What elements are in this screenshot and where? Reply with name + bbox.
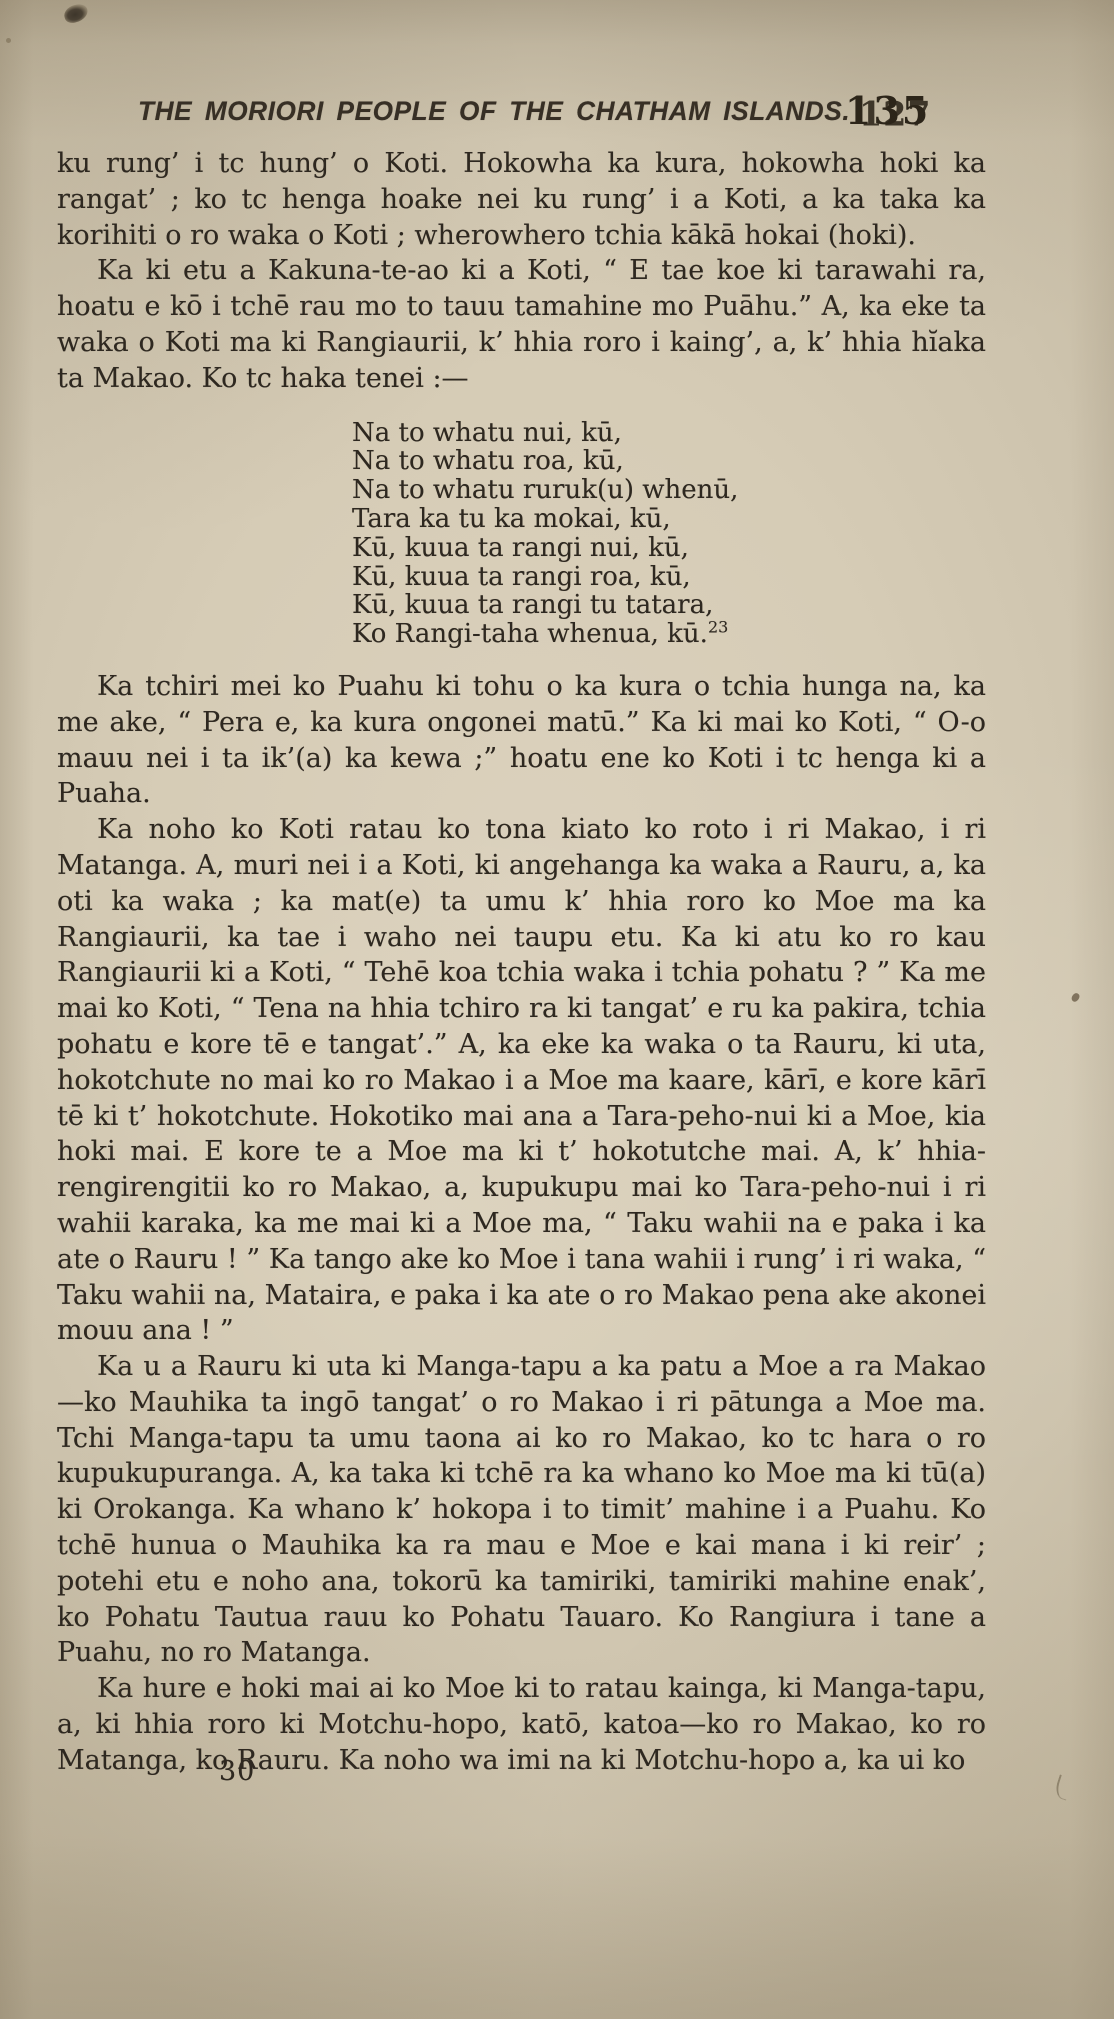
chant-line: Ko Rangi-taha whenua, kū.23	[352, 620, 986, 649]
paragraph-group-top: ku rung’ i tc hung’ o Koti. Hokowha ka k…	[57, 146, 986, 397]
paper-speck	[6, 38, 11, 43]
ink-blot-mark	[62, 2, 90, 25]
footnote-marker: 23	[708, 618, 728, 637]
paragraph: Ka tchiri mei ko Puahu ki tohu o ka kura…	[57, 669, 986, 812]
chant-line: Na to whatu nui, kū,	[352, 419, 986, 448]
paragraph: Ka noho ko Koti ratau ko tona kiato ko r…	[57, 812, 986, 1349]
chant-line: Na to whatu roa, kū,	[352, 447, 986, 476]
scanned-book-page: THE MORIORI PEOPLE OF THE CHATHAM ISLAND…	[0, 0, 1114, 2019]
paper-speck	[1070, 992, 1080, 1003]
pencil-mark	[1053, 1774, 1073, 1800]
chant-line: Kū, kuua ta rangi tu tatara,	[352, 591, 986, 620]
page-number: 135 127	[845, 88, 965, 140]
chant-line: Na to whatu ruruk(u) whenū,	[352, 476, 986, 505]
chant-line: Kū, kuua ta rangi roa, kū,	[352, 563, 986, 592]
paragraph-group-bottom: Ka tchiri mei ko Puahu ki tohu o ka kura…	[57, 669, 986, 1779]
chant-line: Kū, kuua ta rangi nui, kū,	[352, 534, 986, 563]
folio-number: 30	[219, 1756, 255, 1787]
paragraph: Ka u a Rauru ki uta ki Manga-tapu a ka p…	[57, 1349, 986, 1671]
page-number-overprint: 127	[859, 97, 931, 130]
paragraph: Ka ki etu a Kakuna-te-ao ki a Koti, “ E …	[57, 253, 986, 396]
chant-line: Tara ka tu ka mokai, kū,	[352, 505, 986, 534]
chant-block: Na to whatu nui, kū,Na to whatu roa, kū,…	[352, 419, 986, 649]
running-head-title: THE MORIORI PEOPLE OF THE CHATHAM ISLAND…	[138, 96, 817, 127]
paragraph: ku rung’ i tc hung’ o Koti. Hokowha ka k…	[57, 146, 986, 253]
paragraph: Ka hure e hoki mai ai ko Moe ki to ratau…	[57, 1671, 986, 1778]
body-text-column: ku rung’ i tc hung’ o Koti. Hokowha ka k…	[57, 146, 986, 1779]
